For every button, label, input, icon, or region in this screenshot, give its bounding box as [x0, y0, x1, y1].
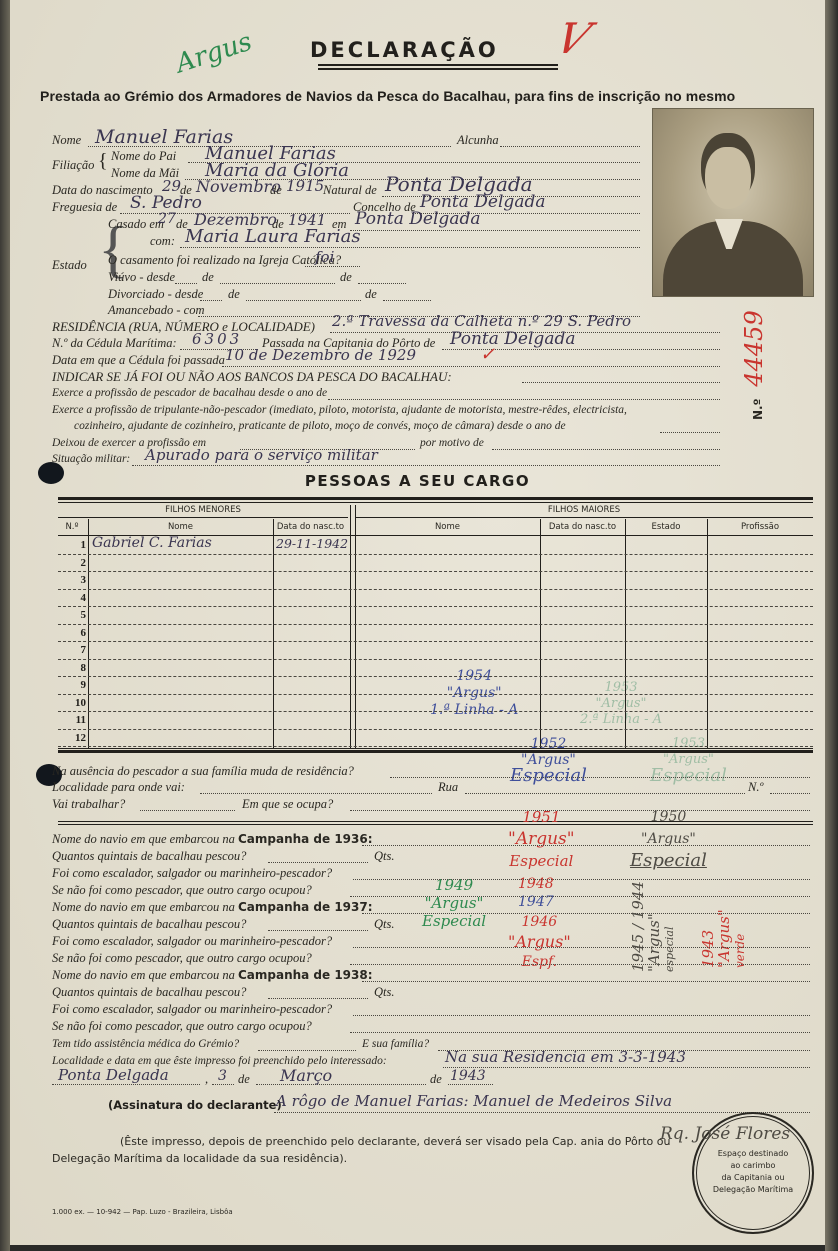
row-number: 1 [58, 539, 86, 551]
registration-number-block: N.º 44459 [740, 310, 768, 420]
reason-label: por motivo de [420, 437, 484, 449]
table-row: 6 [58, 625, 813, 643]
note-line-1: (Êste impresso, depois de preenchido pel… [120, 1135, 670, 1148]
residence-label: RESIDÊNCIA (RUA, NÚMERO e LOCALIDADE) [52, 319, 315, 335]
scan-edge-right [825, 0, 838, 1251]
campaign-question-label: Quantos quintais de bacalhau pescou? [52, 985, 246, 1000]
campaign-question-label: Foi como escalador, salgador ou marinhei… [52, 934, 332, 949]
cohabit-label: Amancebado - com [108, 303, 205, 318]
fisher-since-label: Exerce a profissão de pescador de bacalh… [52, 387, 327, 399]
table-row: 2 [58, 555, 813, 573]
nickname-field[interactable] [500, 146, 640, 147]
married-place[interactable]: Ponta Delgada [355, 209, 480, 229]
table-row: 5 [58, 607, 813, 625]
title-underline-2 [318, 68, 558, 70]
filled-value[interactable]: Na sua Residencia em 3-3-1943 [445, 1048, 686, 1066]
campaign-question-label: Se não foi como pescador, que outro carg… [52, 951, 312, 966]
table-row: 4 [58, 590, 813, 608]
nickname-label: Alcunha [457, 133, 499, 148]
child-name[interactable]: Gabriel C. Farias [92, 535, 212, 551]
name-label: Nome [52, 133, 81, 148]
answer-field[interactable] [268, 930, 368, 931]
medical-label: Tem tido assistência médica do Grémio? [52, 1038, 239, 1050]
top-annotation: Argus [172, 27, 255, 80]
father-label: Nome do Pai [111, 149, 176, 164]
campaign-ship-label: Nome do navio em que embarcou na Campanh… [52, 832, 373, 847]
answer-field[interactable] [350, 964, 810, 965]
row-number: 7 [58, 644, 86, 656]
column-header: Estado [625, 522, 707, 532]
column-header: Data do nasc.to [273, 522, 348, 532]
place-value[interactable]: Ponta Delgada [58, 1066, 169, 1084]
row-number: 9 [58, 679, 86, 691]
annotation-1943: 1943"Argus"verde [700, 909, 748, 968]
campaign-question-label: Se não foi como pescador, que outro carg… [52, 883, 312, 898]
row-number: 12 [58, 732, 86, 744]
military-value[interactable]: Apurado para o serviço militar [145, 446, 378, 464]
church-value[interactable]: foi [315, 248, 334, 266]
answer-field[interactable] [268, 998, 368, 999]
campaign-ship-label: Nome do navio em que embarcou na Campanh… [52, 900, 373, 915]
work-label: Vai trabalhar? [52, 797, 125, 812]
column-header: Profissão [707, 522, 813, 532]
child-birth[interactable]: 29-11-1942 [276, 536, 348, 551]
stamp-text-line: da Capitania ou [694, 1172, 812, 1184]
answer-field[interactable] [350, 896, 810, 897]
table-row: 10 [58, 695, 813, 713]
birth-year[interactable]: 1915 [286, 177, 324, 195]
portrait-photo [652, 108, 814, 297]
row-number: 11 [58, 714, 86, 726]
estado-label: Estado [52, 258, 87, 273]
answer-field[interactable] [350, 1032, 810, 1033]
day-value[interactable]: 3 [218, 1068, 227, 1084]
row-number: 2 [58, 557, 86, 569]
filiation-label: Filiação [52, 158, 94, 173]
answer-field[interactable] [362, 913, 810, 914]
answer-field[interactable] [353, 879, 810, 880]
month-value[interactable]: Março [280, 1066, 332, 1085]
subtitle: Prestada ao Grémio dos Armadores de Navi… [40, 88, 735, 104]
signature-value[interactable]: A rôgo de Manuel Farias: Manuel de Medei… [276, 1092, 672, 1110]
locality-label: Localidade para onde vai: [52, 780, 185, 795]
campaign-ship-label: Nome do navio em que embarcou na Campanh… [52, 968, 373, 983]
issued-value[interactable]: Ponta Delgada [450, 329, 575, 349]
printer-info: 1.000 ex. — 10-942 — Pap. Luzo - Brazile… [52, 1208, 233, 1216]
declaration-form: Argus DECLARAÇÃO V Prestada ao Grémio do… [10, 0, 825, 1245]
campaign-question-label: Foi como escalador, salgador ou marinhei… [52, 1002, 332, 1017]
stamp-text-line: ao carimbo [694, 1160, 812, 1172]
residence-value[interactable]: 2.ª Travessa da Calheta n.º 29 S. Pedro [332, 312, 631, 330]
annotation-1950: 1950"Argus"Especial [630, 806, 707, 872]
military-label: Situação militar: [52, 453, 130, 465]
annotation-1944: 1945 / 1944"Argus"especial [630, 881, 678, 972]
absence-label: Na ausência do pescador a sua família mu… [52, 764, 354, 779]
row-number: 10 [58, 697, 86, 709]
table-row: 7 [58, 642, 813, 660]
occupation-label: Em que se ocupa? [242, 797, 333, 812]
minors-header: FILHOS MENORES [58, 505, 348, 515]
cedula-date-value[interactable]: 10 de Dezembro de 1929 [225, 346, 416, 364]
campaign-question-label: Se não foi como pescador, que outro carg… [52, 1019, 312, 1034]
street-label: Rua [438, 780, 458, 795]
annotation-1951: 1951"Argus"Especial [508, 806, 575, 872]
answer-field[interactable] [353, 947, 810, 948]
dependents-title: PESSOAS A SEU CARGO [10, 472, 825, 490]
row-number: 5 [58, 609, 86, 621]
table-row: 1Gabriel C. Farias29-11-1942 [58, 537, 813, 555]
check-mark: V [549, 14, 597, 63]
number-label: N.º [748, 780, 763, 795]
note-line-2: Delegação Marítima da localidade da sua … [52, 1152, 347, 1165]
answer-field[interactable] [362, 981, 810, 982]
row-number: 3 [58, 574, 86, 586]
annotation-1949: 1949"Argus"Especial [422, 876, 486, 930]
table-row: 12 [58, 730, 813, 748]
page-title: DECLARAÇÃO [310, 38, 499, 62]
column-header: Data do nasc.to [540, 522, 625, 532]
natural-label: Natural de [323, 183, 377, 198]
year-value[interactable]: 1943 [450, 1068, 486, 1084]
table-row: 8 [58, 660, 813, 678]
married-day[interactable]: 27 [158, 211, 176, 227]
official-signature: Rq. José Flores [660, 1124, 790, 1144]
campaign-question-label: Quantos quintais de bacalhau pescou? [52, 917, 246, 932]
divorced-label: Divorciado - desde [108, 287, 203, 302]
answer-field[interactable] [268, 862, 368, 863]
adults-header: FILHOS MAIORES [355, 505, 813, 515]
crew-label-1: Exerce a profissão de tripulante-não-pes… [52, 404, 627, 416]
parish-value[interactable]: S. Pedro [130, 193, 202, 213]
table-row: 3 [58, 572, 813, 590]
family-medical-label: E sua família? [362, 1038, 429, 1050]
row-number: 8 [58, 662, 86, 674]
row-number: 4 [58, 592, 86, 604]
annotation-1946: 1946"Argus"Espf. [508, 912, 571, 972]
stamp-text-line: Delegação Marítima [694, 1184, 812, 1196]
campaign-question-label: Quantos quintais de bacalhau pescou? [52, 849, 246, 864]
table-row: 9 [58, 677, 813, 695]
widow-label: Viúvo - desde [108, 270, 175, 285]
column-header: Nome [88, 522, 273, 532]
crew-label-2: cozinheiro, ajudante de cozinheiro, prat… [74, 420, 566, 432]
scan-edge-left [0, 0, 10, 1251]
stamp-text-line: Espaço destinado [694, 1148, 812, 1160]
title-underline [318, 64, 558, 66]
birth-month[interactable]: Novembro [196, 177, 281, 196]
column-header: N.º [58, 522, 86, 532]
banks-label: INDICAR SE JÁ FOI OU NÃO AOS BANCOS DA P… [52, 369, 452, 385]
spouse-value[interactable]: Maria Laura Farias [185, 226, 361, 247]
row-number: 6 [58, 627, 86, 639]
answer-field[interactable] [362, 845, 810, 846]
signature-label: (Assinatura do declarante) [108, 1098, 282, 1112]
table-row: 11 [58, 712, 813, 730]
cedula-label: N.º da Cédula Marítima: [52, 336, 177, 351]
married-label: Casado em [108, 217, 164, 232]
answer-field[interactable] [353, 1015, 810, 1016]
campaign-question-label: Foi como escalador, salgador ou marinhei… [52, 866, 332, 881]
column-header: Nome [355, 522, 540, 532]
cedula-date-label: Data em que a Cédula foi passada [52, 353, 225, 368]
registration-number: 44459 [740, 310, 768, 386]
